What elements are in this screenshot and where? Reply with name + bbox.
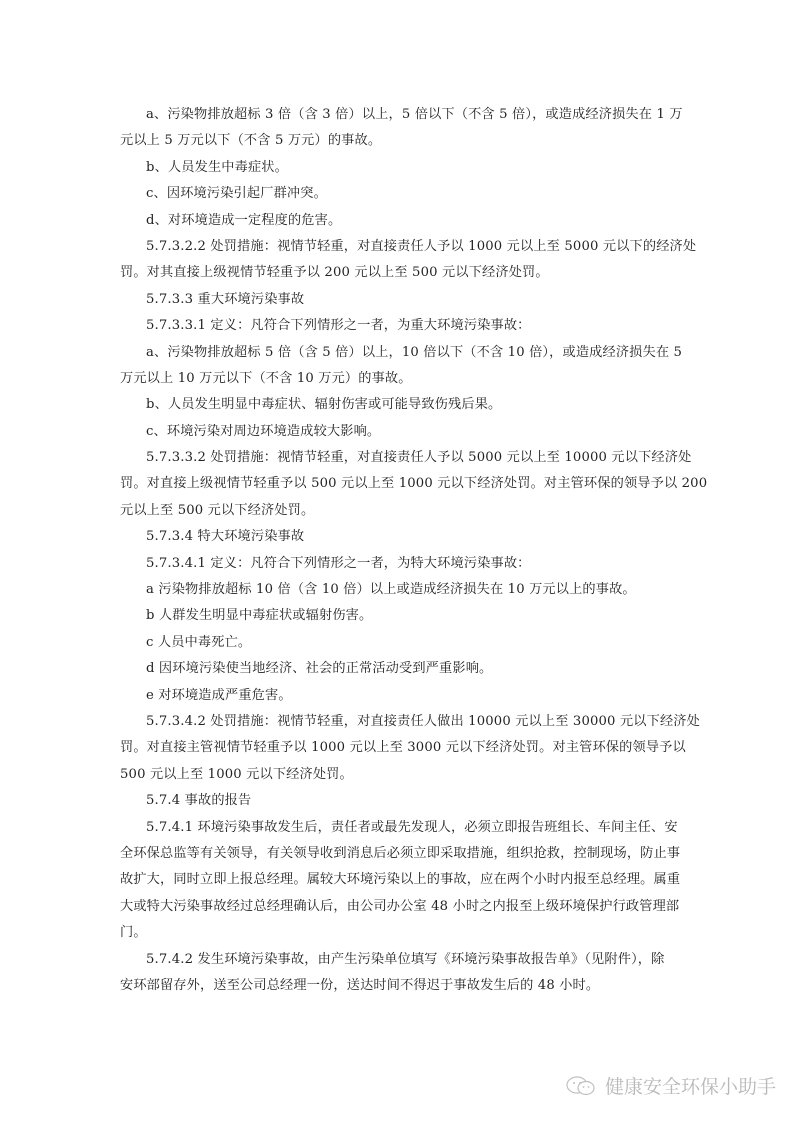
text-line: 安环部留存外，送至公司总经理一份，送达时间不得迟于事故发生后的 48 小时。 bbox=[120, 973, 676, 999]
paragraph: c、因环境污染引起厂群冲突。 bbox=[120, 181, 676, 207]
text-line: 故扩大，同时立即上报总经理。属较大环境污染以上的事故，应在两个小时内报至总经理。… bbox=[120, 867, 676, 893]
wechat-icon bbox=[565, 1075, 597, 1097]
text-line: b、人员发生中毒症状。 bbox=[120, 155, 676, 181]
text-line: 5.7.3.3.2 处罚措施：视情节轻重，对直接责任人予以 5000 元以上至 … bbox=[120, 445, 676, 471]
text-line: c、环境污染对周边环境造成较大影响。 bbox=[120, 419, 676, 445]
watermark-text: 健康安全环保小助手 bbox=[605, 1072, 776, 1099]
paragraph: a 污染物排放超标 10 倍（含 10 倍）以上或造成经济损失在 10 万元以上… bbox=[120, 577, 676, 603]
text-line: d、对环境造成一定程度的危害。 bbox=[120, 208, 676, 234]
paragraph: 5.7.3.4.2 处罚措施：视情节轻重，对直接责任人做出 10000 元以上至… bbox=[120, 709, 676, 788]
text-line: b 人群发生明显中毒症状或辐射伤害。 bbox=[120, 603, 676, 629]
text-line: a、污染物排放超标 5 倍（含 5 倍）以上，10 倍以下（不含 10 倍），或… bbox=[120, 340, 676, 366]
text-line: 500 元以上至 1000 元以下经济处罚。 bbox=[120, 762, 676, 788]
text-line: 5.7.3.3.1 定义：凡符合下列情形之一者，为重大环境污染事故： bbox=[120, 313, 676, 339]
text-line: b、人员发生明显中毒症状、辐射伤害或可能导致伤残后果。 bbox=[120, 392, 676, 418]
text-line: 5.7.3.4 特大环境污染事故 bbox=[120, 524, 676, 550]
text-line: 元以上 5 万元以下（不含 5 万元）的事故。 bbox=[120, 128, 676, 154]
text-line: 全环保总监等有关领导，有关领导收到消息后必须立即采取措施，组织抢救，控制现场，防… bbox=[120, 841, 676, 867]
text-line: d 因环境污染使当地经济、社会的正常活动受到严重影响。 bbox=[120, 656, 676, 682]
watermark: 健康安全环保小助手 bbox=[565, 1072, 776, 1099]
text-line: a、污染物排放超标 3 倍（含 3 倍）以上，5 倍以下（不含 5 倍），或造成… bbox=[120, 102, 676, 128]
paragraph: 5.7.4.1 环境污染事故发生后，责任者或最先发现人，必须立即报告班组长、车间… bbox=[120, 815, 676, 947]
text-line: c 人员中毒死亡。 bbox=[120, 630, 676, 656]
paragraph: e 对环境造成严重危害。 bbox=[120, 683, 676, 709]
document-body: a、污染物排放超标 3 倍（含 3 倍）以上，5 倍以下（不含 5 倍），或造成… bbox=[120, 102, 676, 999]
paragraph: b 人群发生明显中毒症状或辐射伤害。 bbox=[120, 603, 676, 629]
paragraph: c 人员中毒死亡。 bbox=[120, 630, 676, 656]
paragraph: 5.7.3.4 特大环境污染事故 bbox=[120, 524, 676, 550]
paragraph: 5.7.4 事故的报告 bbox=[120, 788, 676, 814]
text-line: 元以上至 500 元以下经济处罚。 bbox=[120, 498, 676, 524]
text-line: 门。 bbox=[120, 920, 676, 946]
text-line: a 污染物排放超标 10 倍（含 10 倍）以上或造成经济损失在 10 万元以上… bbox=[120, 577, 676, 603]
paragraph: c、环境污染对周边环境造成较大影响。 bbox=[120, 419, 676, 445]
text-line: 5.7.3.4.1 定义：凡符合下列情形之一者，为特大环境污染事故： bbox=[120, 551, 676, 577]
text-line: 罚。对其直接上级视情节轻重予以 200 元以上至 500 元以下经济处罚。 bbox=[120, 260, 676, 286]
text-line: 5.7.4.2 发生环境污染事故，由产生污染单位填写《环境污染事故报告单》（见附… bbox=[120, 947, 676, 973]
text-line: 罚。对直接主管视情节轻重予以 1000 元以上至 3000 元以下经济处罚。对主… bbox=[120, 735, 676, 761]
paragraph: 5.7.3.2.2 处罚措施：视情节轻重，对直接责任人予以 1000 元以上至 … bbox=[120, 234, 676, 287]
paragraph: b、人员发生中毒症状。 bbox=[120, 155, 676, 181]
paragraph: a、污染物排放超标 3 倍（含 3 倍）以上，5 倍以下（不含 5 倍），或造成… bbox=[120, 102, 676, 155]
paragraph: d 因环境污染使当地经济、社会的正常活动受到严重影响。 bbox=[120, 656, 676, 682]
text-line: e 对环境造成严重危害。 bbox=[120, 683, 676, 709]
paragraph: 5.7.3.3 重大环境污染事故 bbox=[120, 287, 676, 313]
text-line: 5.7.3.2.2 处罚措施：视情节轻重，对直接责任人予以 1000 元以上至 … bbox=[120, 234, 676, 260]
paragraph: d、对环境造成一定程度的危害。 bbox=[120, 208, 676, 234]
text-line: 罚。对直接上级视情节轻重予以 500 元以上至 1000 元以下经济处罚。对主管… bbox=[120, 471, 676, 497]
paragraph: a、污染物排放超标 5 倍（含 5 倍）以上，10 倍以下（不含 10 倍），或… bbox=[120, 340, 676, 393]
text-line: 5.7.3.4.2 处罚措施：视情节轻重，对直接责任人做出 10000 元以上至… bbox=[120, 709, 676, 735]
text-line: 万元以上 10 万元以下（不含 10 万元）的事故。 bbox=[120, 366, 676, 392]
paragraph: 5.7.3.3.2 处罚措施：视情节轻重，对直接责任人予以 5000 元以上至 … bbox=[120, 445, 676, 524]
text-line: 5.7.4 事故的报告 bbox=[120, 788, 676, 814]
paragraph: b、人员发生明显中毒症状、辐射伤害或可能导致伤残后果。 bbox=[120, 392, 676, 418]
text-line: c、因环境污染引起厂群冲突。 bbox=[120, 181, 676, 207]
paragraph: 5.7.3.3.1 定义：凡符合下列情形之一者，为重大环境污染事故： bbox=[120, 313, 676, 339]
text-line: 5.7.3.3 重大环境污染事故 bbox=[120, 287, 676, 313]
paragraph: 5.7.4.2 发生环境污染事故，由产生污染单位填写《环境污染事故报告单》（见附… bbox=[120, 947, 676, 1000]
paragraph: 5.7.3.4.1 定义：凡符合下列情形之一者，为特大环境污染事故： bbox=[120, 551, 676, 577]
text-line: 大或特大污染事故经过总经理确认后，由公司办公室 48 小时之内报至上级环境保护行… bbox=[120, 894, 676, 920]
text-line: 5.7.4.1 环境污染事故发生后，责任者或最先发现人，必须立即报告班组长、车间… bbox=[120, 815, 676, 841]
